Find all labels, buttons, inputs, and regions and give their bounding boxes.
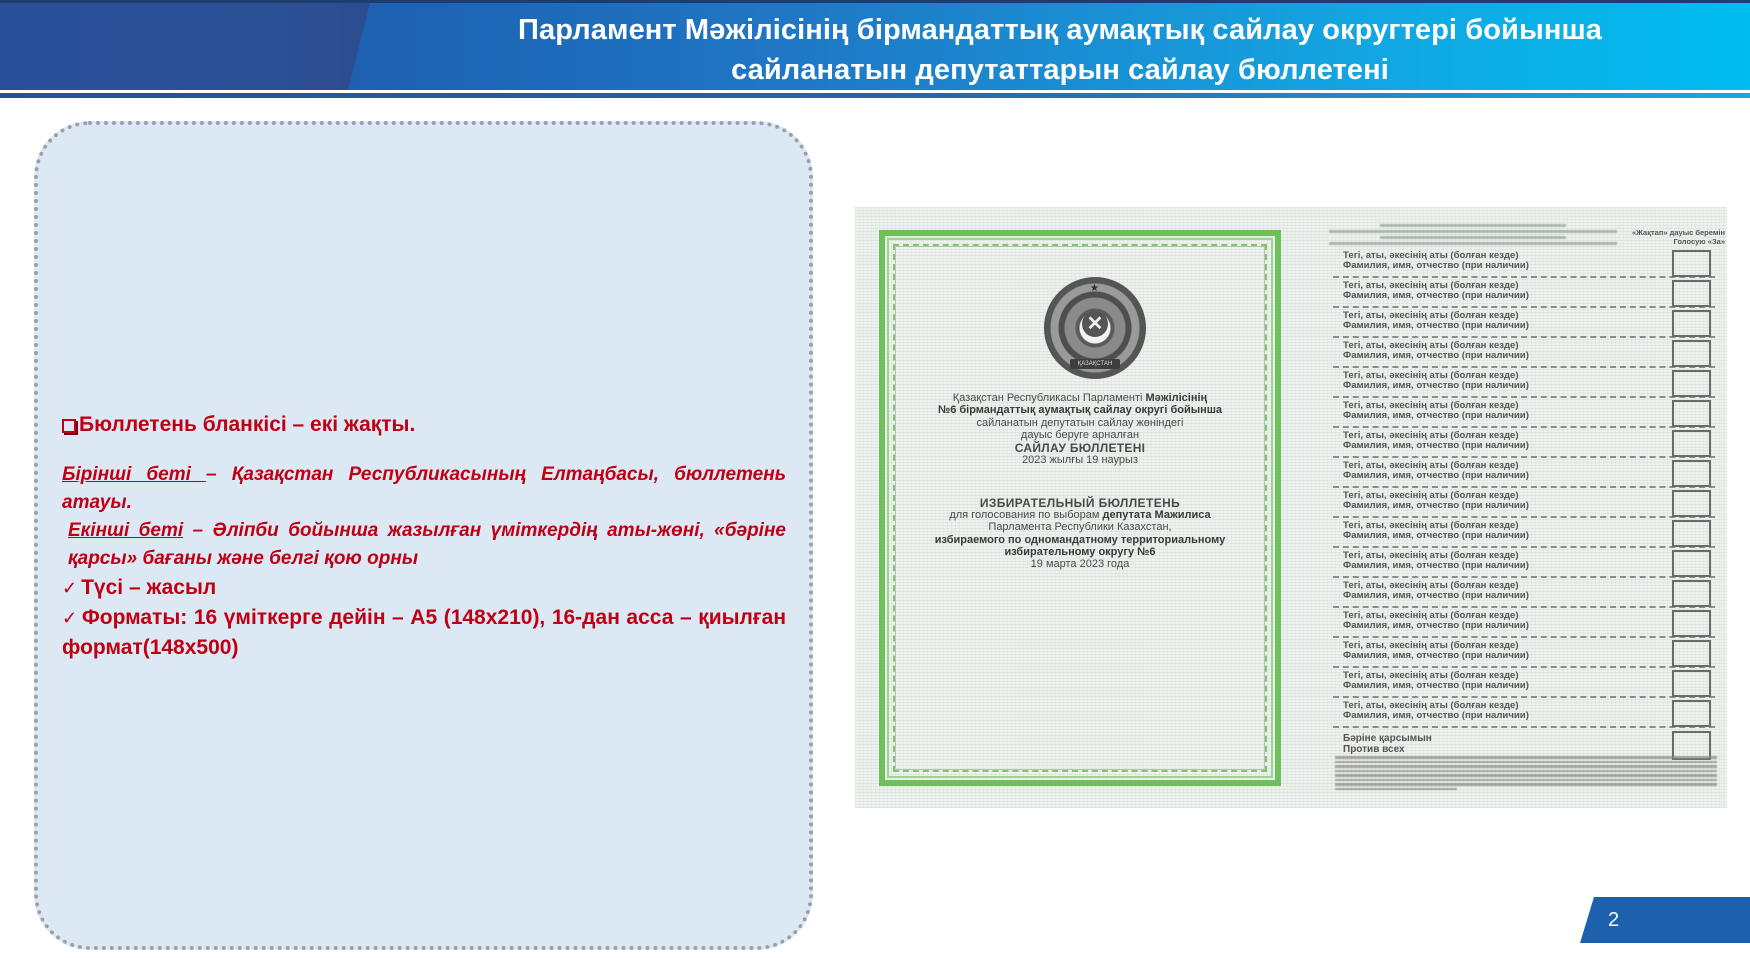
candidate-name-ru: Фамилия, имя, отчество (при наличии) — [1343, 411, 1529, 421]
candidate-row: Тегі, аты, әкесінің аты (болған кезде)Фа… — [1333, 368, 1715, 398]
candidate-name-ru: Фамилия, имя, отчество (при наличии) — [1343, 321, 1529, 331]
candidate-name-ru: Фамилия, имя, отчество (при наличии) — [1343, 681, 1529, 691]
candidate-name-ru: Фамилия, имя, отчество (при наличии) — [1343, 441, 1529, 451]
against-all-kz: Бәріне қарсымын — [1343, 734, 1432, 744]
candidate-row: Тегі, аты, әкесінің аты (болған кезде)Фа… — [1333, 308, 1715, 338]
candidate-name-ru: Фамилия, имя, отчество (при наличии) — [1343, 531, 1529, 541]
vote-for-column-label: «Жақтап» дауыс беремін Голосую «За» — [1625, 228, 1725, 246]
candidate-name-ru: Фамилия, имя, отчество (при наличии) — [1343, 381, 1529, 391]
candidate-row: Тегі, аты, әкесінің аты (болған кезде)Фа… — [1333, 428, 1715, 458]
candidate-name-ru: Фамилия, имя, отчество (при наличии) — [1343, 291, 1529, 301]
candidate-row: Тегі, аты, әкесінің аты (болған кезде)Фа… — [1333, 668, 1715, 698]
candidate-row: Тегі, аты, әкесінің аты (болған кезде)Фа… — [1333, 698, 1715, 728]
ballot-title-kz: Қазақстан Республикасы Парламенті Мәжілі… — [896, 392, 1264, 466]
candidate-name-ru: Фамилия, имя, отчество (при наличии) — [1343, 261, 1529, 271]
candidate-name-ru: Фамилия, имя, отчество (при наличии) — [1343, 621, 1529, 631]
info-heading-text: Бюллетень бланкісі – екі жақты. — [79, 411, 415, 439]
ballot-front-inner: ★ ✕ ҚАЗАҚСТАН Қазақстан Республикасы Пар… — [895, 246, 1265, 770]
slide-title-line-2: сайланатын депутаттарын сайлау бюллетені — [380, 50, 1740, 90]
candidate-row: Тегі, аты, әкесінің аты (болған кезде)Фа… — [1333, 488, 1715, 518]
format-item: ✓Форматы: 16 үміткерге дейін – А5 (148х2… — [62, 603, 786, 663]
vote-checkbox[interactable] — [1672, 400, 1711, 427]
square-bullet-icon — [62, 419, 76, 433]
candidate-name-ru: Фамилия, имя, отчество (при наличии) — [1343, 591, 1529, 601]
vote-checkbox[interactable] — [1672, 670, 1711, 697]
candidate-row: Тегі, аты, әкесінің аты (болған кезде)Фа… — [1333, 278, 1715, 308]
candidate-row: Тегі, аты, әкесінің аты (болған кезде)Фа… — [1333, 638, 1715, 668]
color-item-text: Түсі – жасыл — [81, 576, 216, 599]
emblem-label: ҚАЗАҚСТАН — [1070, 359, 1120, 369]
vote-checkbox[interactable] — [1672, 610, 1711, 637]
candidate-row: Тегі, аты, әкесінің аты (болған кезде)Фа… — [1333, 338, 1715, 368]
slide-title: Парламент Мәжілісінің бірмандаттық аумақ… — [380, 10, 1740, 90]
candidate-list: Тегі, аты, әкесінің аты (болған кезде)Фа… — [1333, 248, 1715, 762]
page-number-badge: 2 — [1580, 897, 1750, 943]
candidate-name-ru: Фамилия, имя, отчество (при наличии) — [1343, 651, 1529, 661]
page-number: 2 — [1608, 909, 1619, 931]
candidate-row: Тегі, аты, әкесінің аты (болған кезде)Фа… — [1333, 518, 1715, 548]
vote-checkbox[interactable] — [1672, 370, 1711, 397]
ballot-back-side: «Жақтап» дауыс беремін Голосую «За» Тегі… — [1323, 207, 1727, 808]
second-side-label: Екінші беті — [68, 520, 183, 541]
candidate-row: Тегі, аты, әкесінің аты (болған кезде)Фа… — [1333, 548, 1715, 578]
ballot-image: ★ ✕ ҚАЗАҚСТАН Қазақстан Республикасы Пар… — [855, 207, 1727, 808]
ballot-title-ru: ИЗБИРАТЕЛЬНЫЙ БЮЛЛЕТЕНЬ для голосования … — [896, 497, 1264, 570]
info-heading: Бюллетень бланкісі – екі жақты. — [62, 411, 786, 439]
emblem-shanyrak-icon: ✕ — [1082, 311, 1108, 337]
second-side-description: Екінші беті – Әліпби бойынша жазылған үм… — [62, 517, 786, 573]
vote-checkbox[interactable] — [1672, 250, 1711, 277]
kazakhstan-emblem-icon: ★ ✕ ҚАЗАҚСТАН — [1044, 277, 1146, 379]
candidate-row: Тегі, аты, әкесінің аты (болған кезде)Фа… — [1333, 608, 1715, 638]
candidate-name-ru: Фамилия, имя, отчество (при наличии) — [1343, 471, 1529, 481]
candidate-name-ru: Фамилия, имя, отчество (при наличии) — [1343, 501, 1529, 511]
vote-checkbox[interactable] — [1672, 340, 1711, 367]
info-panel-text: Бюллетень бланкісі – екі жақты. Бірінші … — [62, 411, 786, 663]
candidate-name-ru: Фамилия, имя, отчество (при наличии) — [1343, 351, 1529, 361]
vote-checkbox[interactable] — [1672, 550, 1711, 577]
vote-checkbox[interactable] — [1672, 430, 1711, 457]
check-icon: ✓ — [62, 608, 78, 628]
ballot-front-side: ★ ✕ ҚАЗАҚСТАН Қазақстан Республикасы Пар… — [879, 230, 1281, 786]
vote-checkbox[interactable] — [1672, 520, 1711, 547]
slide-title-line-1: Парламент Мәжілісінің бірмандаттық аумақ… — [380, 10, 1740, 50]
emblem-star-icon: ★ — [1090, 283, 1099, 294]
vote-checkbox[interactable] — [1672, 700, 1711, 727]
first-side-description: Бірінші беті – Қазақстан Республикасының… — [62, 461, 786, 517]
vote-checkbox[interactable] — [1672, 460, 1711, 487]
candidate-row: Тегі, аты, әкесінің аты (болған кезде)Фа… — [1333, 578, 1715, 608]
candidate-name-ru: Фамилия, имя, отчество (при наличии) — [1343, 561, 1529, 571]
check-icon: ✓ — [62, 578, 77, 598]
vote-checkbox[interactable] — [1672, 580, 1711, 607]
color-item: ✓Түсі – жасыл — [62, 573, 786, 603]
candidate-row: Тегі, аты, әкесінің аты (болған кезде)Фа… — [1333, 248, 1715, 278]
format-item-text: Форматы: 16 үміткерге дейін – А5 (148х21… — [62, 606, 786, 659]
vote-checkbox[interactable] — [1672, 490, 1711, 517]
first-side-label: Бірінші беті — [62, 464, 206, 485]
header-bottom-stripe — [0, 93, 1750, 98]
candidate-row: Тегі, аты, әкесінің аты (болған кезде)Фа… — [1333, 398, 1715, 428]
candidate-name-ru: Фамилия, имя, отчество (при наличии) — [1343, 711, 1529, 721]
ballot-footnote-blurred — [1335, 754, 1717, 794]
vote-checkbox[interactable] — [1672, 640, 1711, 667]
vote-checkbox[interactable] — [1672, 310, 1711, 337]
candidate-row: Тегі, аты, әкесінің аты (болған кезде)Фа… — [1333, 458, 1715, 488]
vote-checkbox[interactable] — [1672, 280, 1711, 307]
